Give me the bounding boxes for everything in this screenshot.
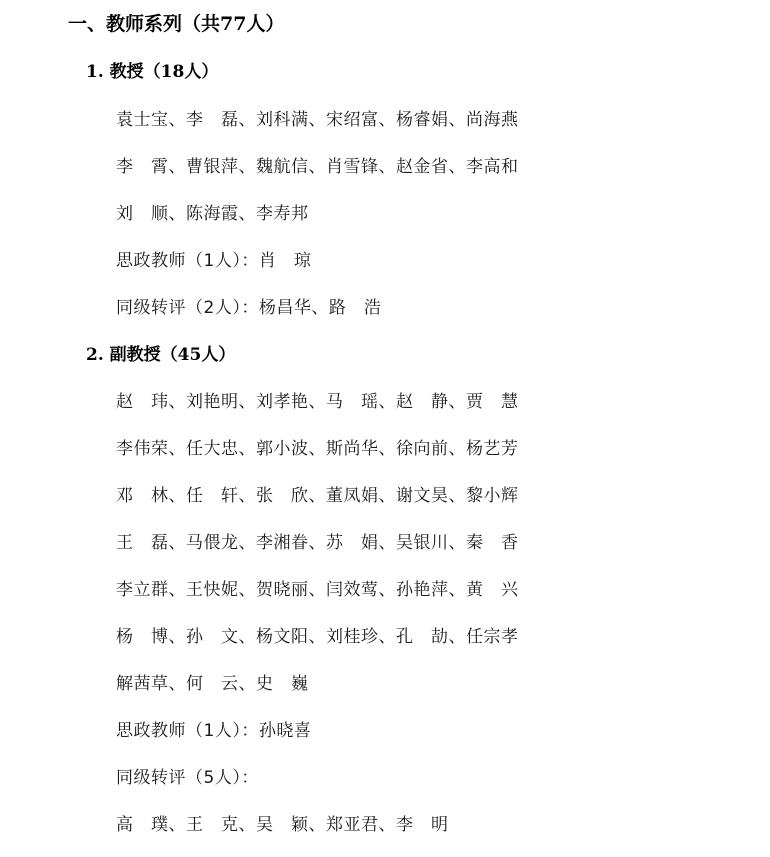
same-level-transfer-line: 同级转评（2人）：杨昌华、路 浩	[116, 296, 381, 320]
name-line: 刘 顺、陈海霞、李寿邦	[116, 202, 309, 226]
name-line: 邓 林、任 轩、张 欣、董凤娟、谢文昊、黎小辉	[116, 484, 519, 508]
sizheng-teacher-line: 思政教师（1人）：孙晓喜	[116, 719, 311, 743]
section-heading: 一、教师系列（共77人）	[68, 11, 284, 37]
name-line: 李 霄、曹银萍、魏航信、肖雪锋、赵金省、李高和	[116, 155, 519, 179]
subsection-heading-associate-professor: 2. 副教授（45人）	[86, 343, 235, 367]
name-line: 解茜草、何 云、史 巍	[116, 672, 309, 696]
name-line: 袁士宝、李 磊、刘科满、宋绍富、杨睿娟、尚海燕	[116, 108, 519, 132]
name-line: 杨 博、孙 文、杨文阳、刘桂珍、孔 劼、任宗孝	[116, 625, 519, 649]
sizheng-teacher-line: 思政教师（1人）：肖 琼	[116, 249, 311, 273]
name-line: 王 磊、马偎龙、李湘眷、苏 娟、吴银川、秦 香	[116, 531, 519, 555]
subsection-heading-professor: 1. 教授（18人）	[86, 60, 218, 84]
name-line: 李伟荣、任大忠、郭小波、斯尚华、徐向前、杨艺芳	[116, 437, 519, 461]
name-line: 李立群、王快妮、贺晓丽、闫效莺、孙艳萍、黄 兴	[116, 578, 519, 602]
same-level-transfer-names: 高 璞、王 克、吴 颖、郑亚君、李 明	[116, 813, 449, 837]
same-level-transfer-line: 同级转评（5人）：	[116, 766, 259, 790]
name-line: 赵 玮、刘艳明、刘孝艳、马 瑶、赵 静、贾 慧	[116, 390, 519, 414]
